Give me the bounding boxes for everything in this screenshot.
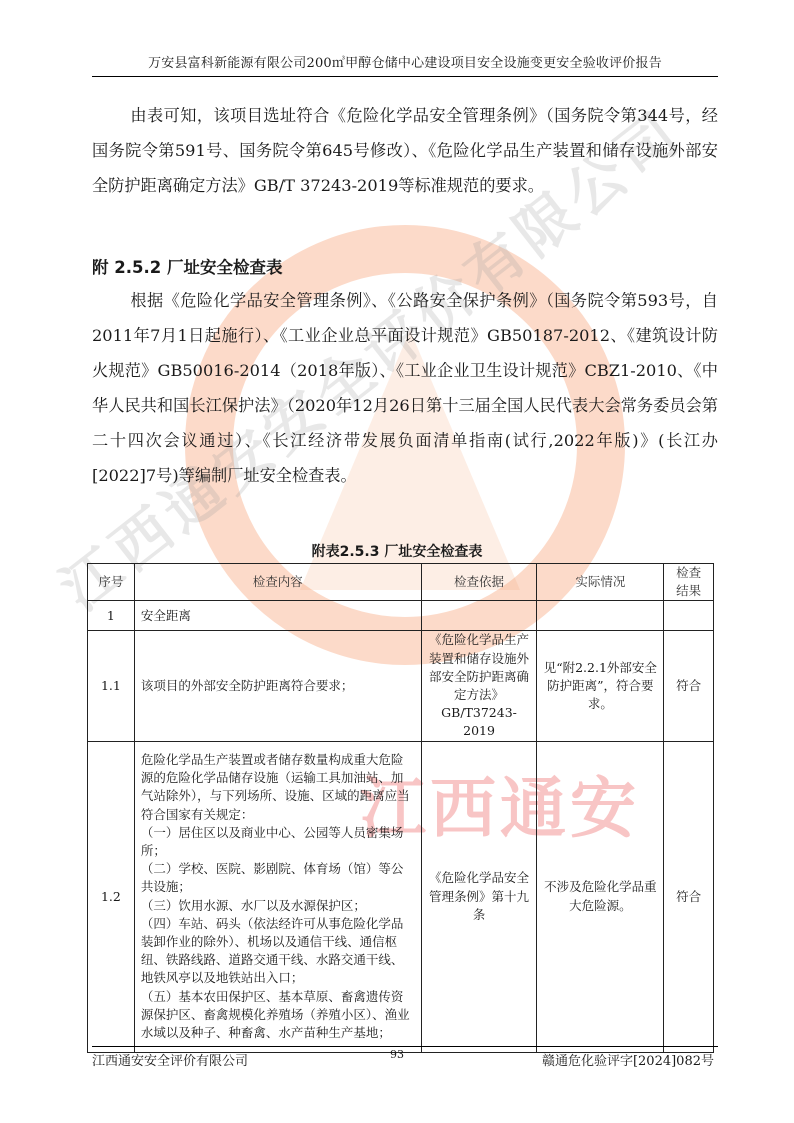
intro-paragraph: 由表可知，该项目选址符合《危险化学品安全管理条例》（国务院令第344号，经国务院… <box>92 98 718 203</box>
cell-result: 符合 <box>664 631 714 741</box>
header-actual: 实际情况 <box>537 564 664 601</box>
header-basis: 检查依据 <box>421 564 537 601</box>
header-content: 检查内容 <box>134 564 421 601</box>
table-caption: 附表2.5.3 厂址安全检查表 <box>0 541 794 561</box>
header-divider <box>92 76 718 77</box>
basis-paragraph: 根据《危险化学品安全管理条例》、《公路安全保护条例》（国务院令第593号，自20… <box>92 283 718 493</box>
cell-actual: 不涉及危险化学品重大危险源。 <box>537 741 664 1052</box>
cell-content: 安全距离 <box>134 601 421 631</box>
footer-divider <box>92 1046 718 1047</box>
cell-result <box>664 601 714 631</box>
intro-paragraph-text: 由表可知，该项目选址符合《危险化学品安全管理条例》（国务院令第344号，经国务院… <box>92 106 718 195</box>
cell-seq: 1 <box>88 601 135 631</box>
cell-basis: 《危险化学品安全管理条例》第十九条 <box>421 741 537 1052</box>
header-seq: 序号 <box>88 564 135 601</box>
cell-result: 符合 <box>664 741 714 1052</box>
footer-doc-number: 赣通危化验评字[2024]082号 <box>542 1050 714 1069</box>
header-result: 检查结果 <box>664 564 714 601</box>
site-safety-check-table: 序号 检查内容 检查依据 实际情况 检查结果 1 安全距离 1.1 该项目的外部… <box>87 563 714 1053</box>
cell-content: 危险化学品生产装置或者储存数量构成重大危险源的危险化学品储存设施（运输工具加油站… <box>134 741 421 1052</box>
cell-basis <box>421 601 537 631</box>
cell-seq: 1.2 <box>88 741 135 1052</box>
cell-basis: 《危险化学品生产装置和储存设施外部安全防护距离确定方法》GB/T37243-20… <box>421 631 537 741</box>
cell-content: 该项目的外部安全防护距离符合要求； <box>134 631 421 741</box>
running-header-title: 万安县富科新能源有限公司200㎥甲醇仓储中心建设项目安全设施变更安全验收评价报告 <box>92 52 718 71</box>
table-header-row: 序号 检查内容 检查依据 实际情况 检查结果 <box>88 564 714 601</box>
cell-actual <box>537 601 664 631</box>
basis-paragraph-text: 根据《危险化学品安全管理条例》、《公路安全保护条例》（国务院令第593号，自20… <box>92 291 718 485</box>
table-row: 1.1 该项目的外部安全防护距离符合要求； 《危险化学品生产装置和储存设施外部安… <box>88 631 714 741</box>
cell-seq: 1.1 <box>88 631 135 741</box>
cell-actual: 见“附2.2.1外部安全防护距离”，符合要求。 <box>537 631 664 741</box>
table-row: 1.2 危险化学品生产装置或者储存数量构成重大危险源的危险化学品储存设施（运输工… <box>88 741 714 1052</box>
table-row: 1 安全距离 <box>88 601 714 631</box>
section-title: 附 2.5.2 厂址安全检查表 <box>92 254 282 278</box>
